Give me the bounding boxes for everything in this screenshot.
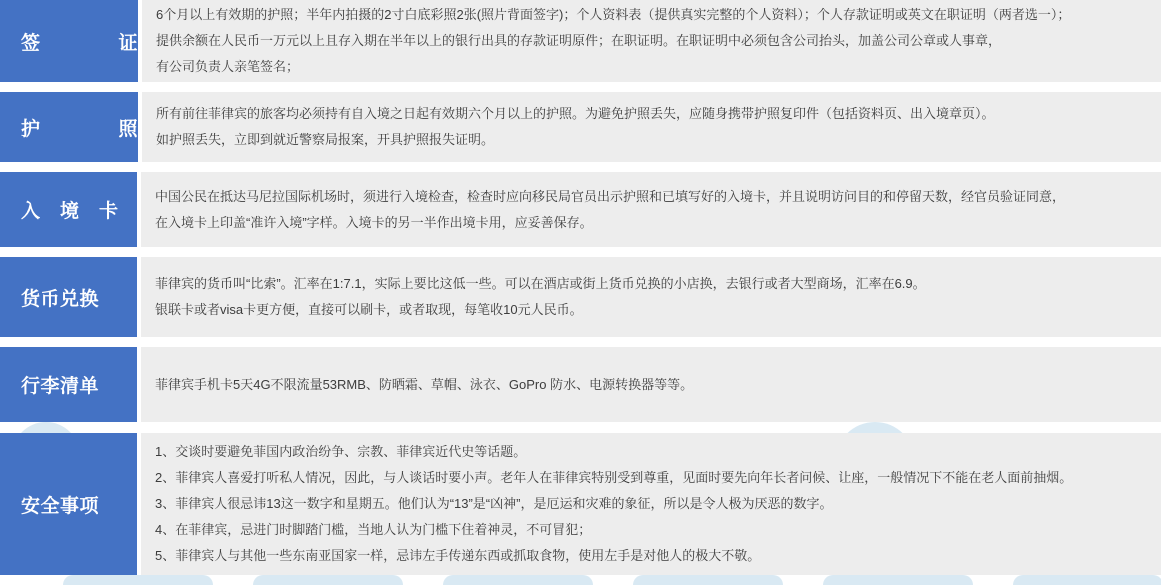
section-currency-exchange-label: 货币兑换 <box>0 257 137 337</box>
section-packing-list: 行李清单 菲律宾手机卡5天4G不限流量53RMB、防晒霜、草帽、泳衣、GoPro… <box>0 347 1161 422</box>
text-line: 菲律宾的货币叫“比索”。汇率在1:7.1，实际上要比这低一些。可以在酒店或街上货… <box>155 271 1151 297</box>
section-safety-notes-content: 1、交谈时要避免菲国内政治纷争、宗教、菲律宾近代史等话题。 2、菲律宾人喜爱打听… <box>141 433 1161 575</box>
section-passport-label: 护 照 <box>0 92 138 162</box>
text-line: 有公司负责人亲笔签名； <box>156 54 1151 80</box>
section-visa: 签 证 6个月以上有效期的护照；半年内拍摄的2寸白底彩照2张(照片背面签字)；个… <box>0 0 1161 82</box>
scallop-shape <box>633 575 783 585</box>
section-passport-content: 所有前往菲律宾的旅客均必须持有自入境之日起有效期六个月以上的护照。为避免护照丢失… <box>142 92 1161 162</box>
text-line: 4、在菲律宾，忌进门时脚踏门槛，当地人认为门槛下住着神灵，不可冒犯； <box>155 517 1151 543</box>
section-entry-card-label: 入 境 卡 <box>0 172 137 247</box>
section-safety-notes: 安全事项 1、交谈时要避免菲国内政治纷争、宗教、菲律宾近代史等话题。 2、菲律宾… <box>0 433 1161 575</box>
bottom-scallop-border <box>0 575 1161 585</box>
text-line: 6个月以上有效期的护照；半年内拍摄的2寸白底彩照2张(照片背面签字)；个人资料表… <box>156 2 1151 28</box>
text-line: 3、菲律宾人很忌讳13这一数字和星期五。他们认为“13”是“凶神”，是厄运和灾难… <box>155 491 1151 517</box>
section-passport: 护 照 所有前往菲律宾的旅客均必须持有自入境之日起有效期六个月以上的护照。为避免… <box>0 92 1161 162</box>
section-currency-exchange-content: 菲律宾的货币叫“比索”。汇率在1:7.1，实际上要比这低一些。可以在酒店或街上货… <box>141 257 1161 337</box>
section-packing-list-content: 菲律宾手机卡5天4G不限流量53RMB、防晒霜、草帽、泳衣、GoPro 防水、电… <box>141 347 1161 422</box>
section-currency-exchange: 货币兑换 菲律宾的货币叫“比索”。汇率在1:7.1，实际上要比这低一些。可以在酒… <box>0 257 1161 337</box>
text-line: 1、交谈时要避免菲国内政治纷争、宗教、菲律宾近代史等话题。 <box>155 439 1151 465</box>
scallop-shape <box>1013 575 1161 585</box>
section-safety-notes-label: 安全事项 <box>0 433 137 575</box>
section-visa-label: 签 证 <box>0 0 138 82</box>
scallop-shape <box>253 575 403 585</box>
scallop-shape <box>823 575 973 585</box>
scallop-shape <box>443 575 593 585</box>
text-line: 中国公民在抵达马尼拉国际机场时，须进行入境检查，检查时应向移民局官员出示护照和已… <box>155 184 1151 210</box>
text-line: 2、菲律宾人喜爱打听私人情况，因此，与人谈话时要小声。老年人在菲律宾特别受到尊重… <box>155 465 1151 491</box>
travel-guide-page: 签 证 6个月以上有效期的护照；半年内拍摄的2寸白底彩照2张(照片背面签字)；个… <box>0 0 1161 585</box>
section-visa-content: 6个月以上有效期的护照；半年内拍摄的2寸白底彩照2张(照片背面签字)；个人资料表… <box>142 0 1161 82</box>
text-line: 如护照丢失，立即到就近警察局报案，开具护照报失证明。 <box>156 127 1151 153</box>
text-line: 所有前往菲律宾的旅客均必须持有自入境之日起有效期六个月以上的护照。为避免护照丢失… <box>156 101 1151 127</box>
text-line: 银联卡或者visa卡更方便，直接可以刷卡，或者取现，每笔收10元人民币。 <box>155 297 1151 323</box>
text-line: 在入境卡上印盖“准许入境”字样。入境卡的另一半作出境卡用，应妥善保存。 <box>155 210 1151 236</box>
scallop-shape <box>63 575 213 585</box>
text-line: 菲律宾手机卡5天4G不限流量53RMB、防晒霜、草帽、泳衣、GoPro 防水、电… <box>155 372 1151 398</box>
section-entry-card: 入 境 卡 中国公民在抵达马尼拉国际机场时，须进行入境检查，检查时应向移民局官员… <box>0 172 1161 247</box>
section-entry-card-content: 中国公民在抵达马尼拉国际机场时，须进行入境检查，检查时应向移民局官员出示护照和已… <box>141 172 1161 247</box>
section-packing-list-label: 行李清单 <box>0 347 137 422</box>
sections-list: 签 证 6个月以上有效期的护照；半年内拍摄的2寸白底彩照2张(照片背面签字)；个… <box>0 0 1161 575</box>
text-line: 5、菲律宾人与其他一些东南亚国家一样，忌讳左手传递东西或抓取食物，使用左手是对他… <box>155 543 1151 569</box>
text-line: 提供余额在人民币一万元以上且存入期在半年以上的银行出具的存款证明原件；在职证明。… <box>156 28 1151 54</box>
